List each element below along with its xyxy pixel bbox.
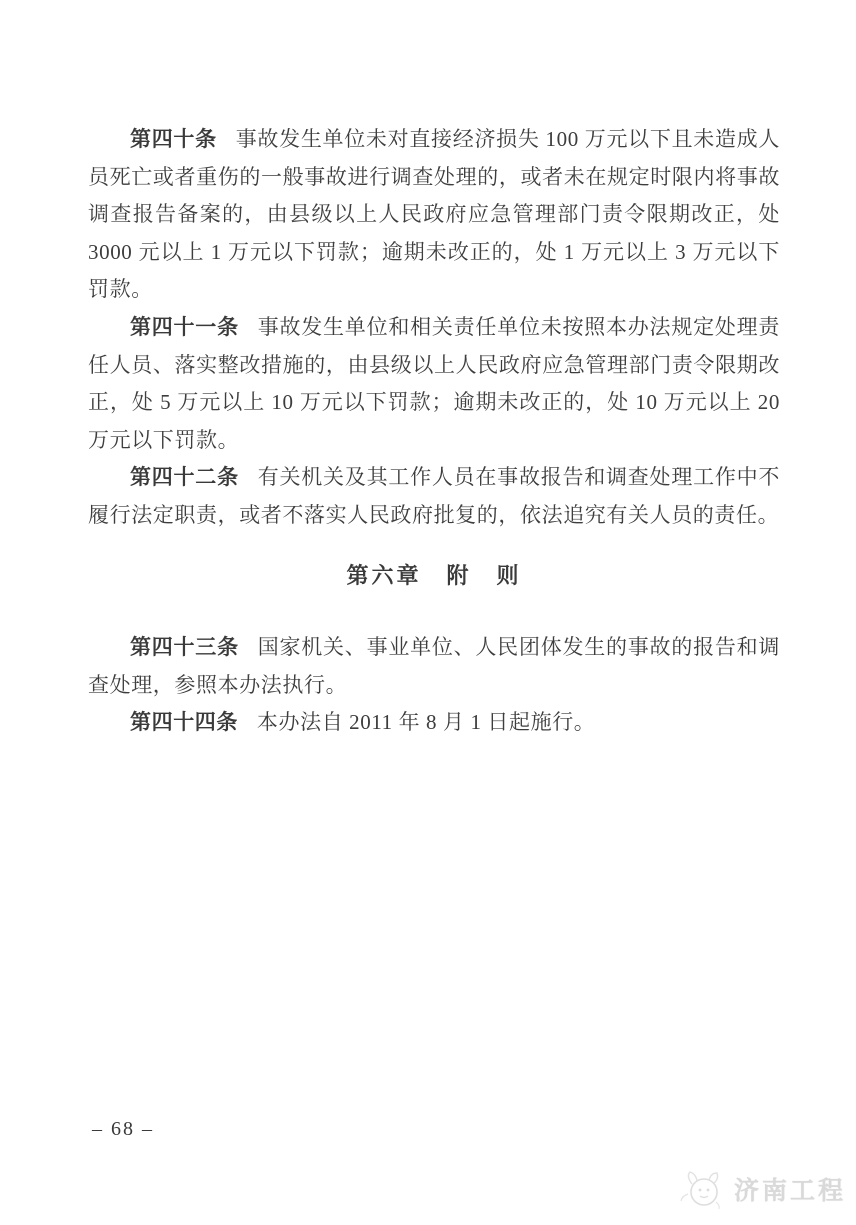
article-text: 事故发生单位未对直接经济损失 100 万元以下且未造成人员死亡或者重伤的一般事故… [88, 127, 780, 301]
article-paragraph: 第四十二条有关机关及其工作人员在事故报告和调查处理工作中不履行法定职责，或者不落… [88, 459, 780, 534]
watermark-text: 济南工程 [734, 1171, 846, 1207]
document-page: 第四十条事故发生单位未对直接经济损失 100 万元以下且未造成人员死亡或者重伤的… [0, 0, 856, 1225]
article-paragraph: 第四十四条本办法自 2011 年 8 月 1 日起施行。 [88, 704, 780, 742]
article-paragraph: 第四十三条国家机关、事业单位、人民团体发生的事故的报告和调查处理，参照本办法执行… [88, 629, 780, 704]
article-number: 第四十四条 [130, 711, 238, 734]
watermark: 济南工程 [676, 1168, 846, 1210]
chapter-heading: 第六章 附 则 [88, 557, 780, 595]
article-text: 本办法自 2011 年 8 月 1 日起施行。 [257, 710, 596, 734]
document-text-block: 第四十条事故发生单位未对直接经济损失 100 万元以下且未造成人员死亡或者重伤的… [88, 121, 780, 742]
mascot-logo-icon [676, 1168, 728, 1210]
article-number: 第四十条 [130, 128, 217, 151]
article-paragraph: 第四十条事故发生单位未对直接经济损失 100 万元以下且未造成人员死亡或者重伤的… [88, 121, 780, 309]
article-number: 第四十二条 [130, 466, 239, 489]
article-number: 第四十一条 [130, 316, 239, 339]
article-number: 第四十三条 [130, 636, 239, 659]
article-paragraph: 第四十一条事故发生单位和相关责任单位未按照本办法规定处理责任人员、落实整改措施的… [88, 309, 780, 459]
page-number: – 68 – [92, 1118, 154, 1141]
